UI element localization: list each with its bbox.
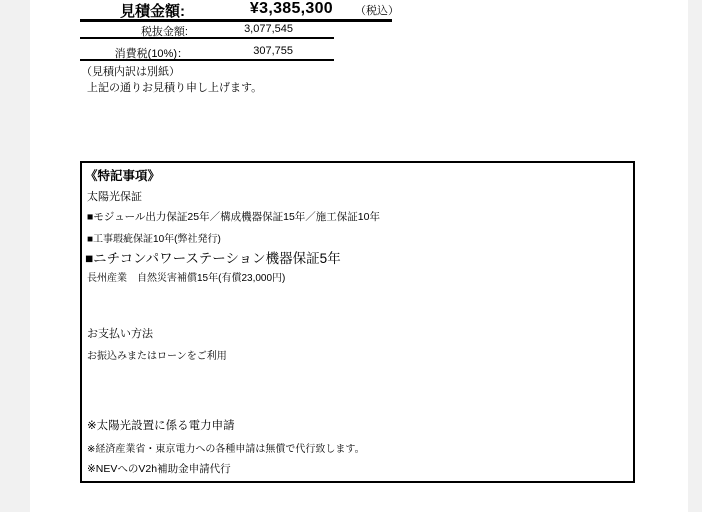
note-power-application-heading: ※太陽光設置に係る電力申請 [87,417,235,433]
special-notes-title: 《特記事項》 [85,166,160,184]
note-disaster-compensation: 長州産業 自然災害補償15年(有償23,000円) [87,269,285,284]
note-module-warranty: ■モジュール出力保証25年／構成機器保証15年／施工保証10年 [87,209,380,224]
note-payment-method-heading: お支払い方法 [87,325,153,341]
breakdown-note: （見積内訳は別紙） [81,63,180,79]
note-construction-warranty: ■工事瑕疵保証10年(弊社発行) [87,230,221,245]
note-nev-subsidy: ※NEVへのV2h補助金申請代行 [87,461,231,476]
tax-value: 307,755 [200,45,293,57]
subtotal-value: 3,077,545 [200,23,293,35]
page-left-margin [0,0,30,512]
note-nichicon-warranty: ■ニチコンパワーステーション機器保証5年 [85,247,341,267]
total-amount-label: 見積金額: [75,0,185,21]
total-amount-value: ¥3,385,300 [210,0,333,18]
note-solar-warranty-heading: 太陽光保証 [87,188,142,204]
note-application-agency: ※経済産業省・東京電力への各種申請は無償で代行致します。 [87,440,365,455]
page-right-margin [688,0,702,512]
note-payment-method: お振込みまたはローンをご利用 [87,347,227,362]
tax-rule-line [80,59,334,61]
special-notes-box: 《特記事項》 太陽光保証 ■モジュール出力保証25年／構成機器保証15年／施工保… [80,161,635,483]
closing-note: 上記の通りお見積り申し上げます。 [87,79,262,95]
total-rule-line [80,19,392,22]
subtotal-rule-line [80,37,334,39]
tax-included-note: （税込） [355,2,399,18]
